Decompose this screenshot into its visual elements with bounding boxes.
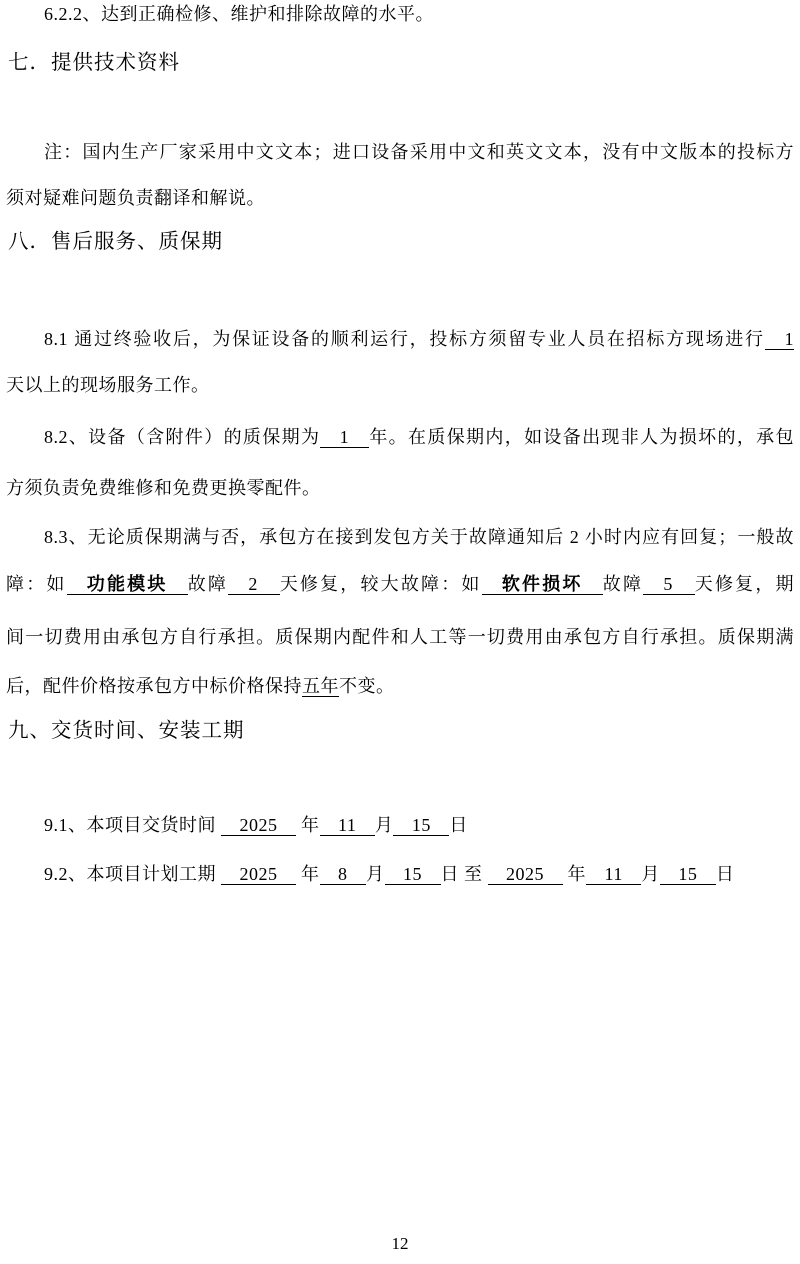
underlined-blank-value: 15 [393,815,449,836]
page-number: 12 [0,1232,800,1256]
line-8-3a: 8.3、无论质保期满与否，承包方在接到发包方关于故障通知后 2 小时内应有回复；… [6,524,794,551]
text-segment: 8.3、无论质保期满与否，承包方在接到发包方关于故障通知后 2 小时内应有回复；… [44,527,794,547]
text-segment: 故障 [603,574,643,594]
text-segment: 九、交货时间、安装工期 [8,720,245,742]
document-page: 6.2.2、达到正确检修、维护和排除故障的水平。七．提供技术资料注：国内生产厂家… [0,0,800,1264]
underlined-blank-value: 11 [586,864,641,885]
underlined-blank-value: 功能模块 [67,574,188,595]
text-segment: 日 至 [441,864,488,884]
text-segment: 8.1 通过终验收后，为保证设备的顺利运行，投标方须留专业人员在招标方现场进行 [44,329,765,349]
underlined-blank-value: 2025 [488,864,563,885]
underlined-blank-value: 五年 [302,676,339,697]
underlined-blank-value: 2 [228,574,280,595]
line-note-1: 注：国内生产厂家采用中文文本；进口设备采用中文和英文文本，没有中文版本的投标方 [6,139,794,166]
text-segment: 月 [375,815,394,835]
text-segment: 年 [296,864,320,884]
underlined-blank-value: 1 [765,329,794,350]
line-6-2-2: 6.2.2、达到正确检修、维护和排除故障的水平。 [6,1,794,28]
text-segment: 须对疑难问题负责翻译和解说。 [6,188,265,208]
text-segment: 天修复，期 [695,574,794,594]
text-segment: 年 [563,864,587,884]
underlined-blank-value: 15 [385,864,441,885]
text-segment: 年 [296,815,320,835]
line-8-3b: 障：如 功能模块 故障 2 天修复，较大故障：如 软件损坏 故障 5 天修复，期 [6,571,794,598]
line-9-1: 9.1、本项目交货时间 2025 年 11 月 15 日 [6,812,794,839]
heading-section-8: 八．售后服务、质保期 [6,229,794,256]
text-segment: 间一切费用由承包方自行承担。质保期内配件和人工等一切费用由承包方自行承担。质保期… [6,627,794,647]
text-segment: 天修复，较大故障：如 [280,574,482,594]
text-segment: 9.2、本项目计划工期 [44,864,221,884]
text-segment: 9.1、本项目交货时间 [44,815,221,835]
heading-section-7: 七．提供技术资料 [6,50,794,77]
text-segment: 年。在质保期内，如设备出现非人为损坏的，承包 [369,427,794,447]
text-segment: 故障 [188,574,228,594]
text-segment: 6.2.2、达到正确检修、维护和排除故障的水平。 [44,4,434,24]
text-segment: 注：国内生产厂家采用中文文本；进口设备采用中文和英文文本，没有中文版本的投标方 [44,142,794,162]
text-segment: 天以上的现场服务工作。 [6,375,210,395]
underlined-blank-value: 2025 [221,864,296,885]
underlined-blank-value: 1 [320,427,369,448]
text-segment: 月 [641,864,660,884]
line-8-3d: 后，配件价格按承包方中标价格保持五年不变。 [6,673,794,700]
underlined-blank-value: 2025 [221,815,296,836]
underlined-blank-value: 15 [660,864,716,885]
text-segment: 八．售后服务、质保期 [8,231,223,253]
line-9-2: 9.2、本项目计划工期 2025 年 8 月 15 日 至 2025 年 11 … [6,861,794,888]
heading-section-9: 九、交货时间、安装工期 [6,718,794,745]
line-8-2b: 方须负责免费维修和免费更换零配件。 [6,475,794,502]
line-8-3c: 间一切费用由承包方自行承担。质保期内配件和人工等一切费用由承包方自行承担。质保期… [6,624,794,651]
text-segment: 七．提供技术资料 [8,52,180,74]
text-segment: 后，配件价格按承包方中标价格保持 [6,676,302,696]
text-segment: 不变。 [339,676,395,696]
text-segment: 日 [449,815,468,835]
underlined-blank-value: 8 [320,864,367,885]
text-segment: 日 [716,864,735,884]
line-8-1a: 8.1 通过终验收后，为保证设备的顺利运行，投标方须留专业人员在招标方现场进行 … [6,326,794,353]
line-8-2a: 8.2、设备（含附件）的质保期为 1 年。在质保期内，如设备出现非人为损坏的，承… [6,424,794,451]
line-8-1b: 天以上的现场服务工作。 [6,372,794,399]
text-segment: 方须负责免费维修和免费更换零配件。 [6,478,321,498]
underlined-blank-value: 软件损坏 [482,574,603,595]
underlined-blank-value: 11 [320,815,375,836]
text-segment: 8.2、设备（含附件）的质保期为 [44,427,320,447]
underlined-blank-value: 5 [643,574,695,595]
document-body: 6.2.2、达到正确检修、维护和排除故障的水平。七．提供技术资料注：国内生产厂家… [6,0,794,1264]
text-segment: 障：如 [6,574,67,594]
line-note-2: 须对疑难问题负责翻译和解说。 [6,185,794,212]
text-segment: 月 [366,864,385,884]
